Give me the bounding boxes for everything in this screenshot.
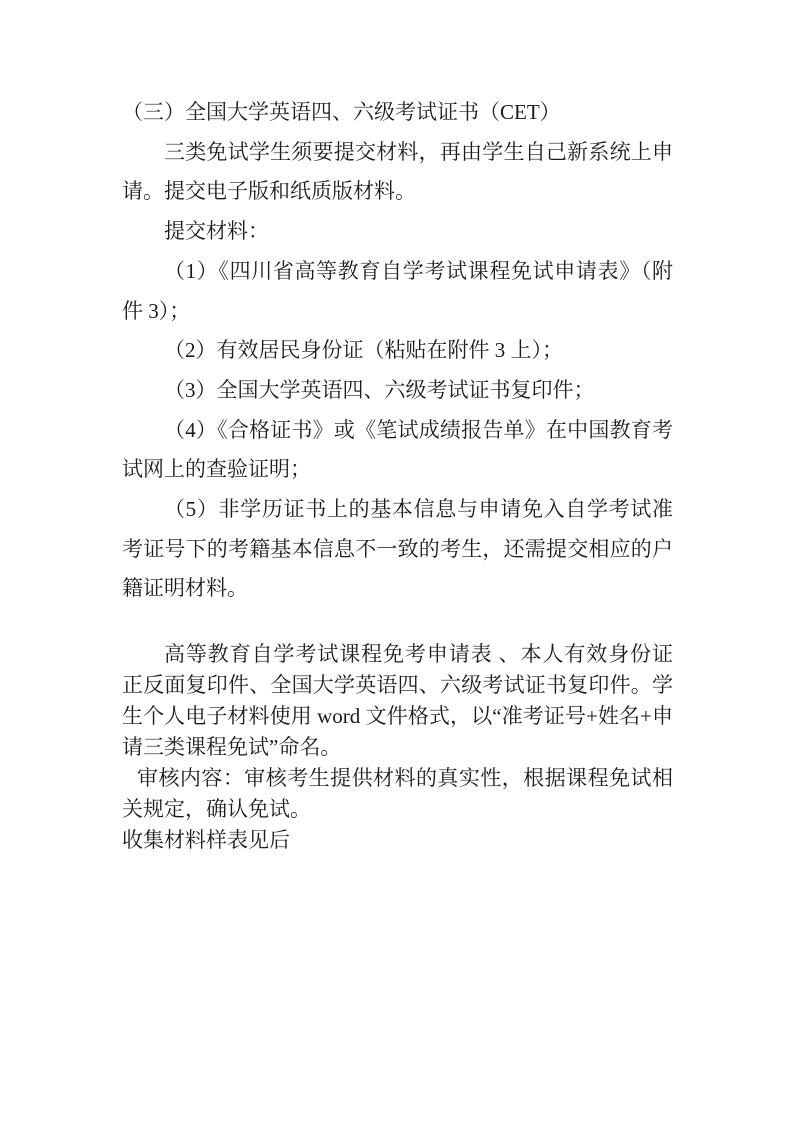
section-heading: （三）全国大学英语四、六级考试证书（CET） <box>122 93 673 133</box>
intro-paragraph: 三类免试学生须要提交材料，再由学生自己新系统上申请。提交电子版和纸质版材料。 <box>122 133 673 212</box>
material-item-1: （1）《四川省高等教育自学考试课程免试申请表》（附件 3）； <box>122 252 673 331</box>
closing-note-paragraph: 收集材料样表见后 <box>122 825 673 856</box>
document-content: （三）全国大学英语四、六级考试证书（CET） 三类免试学生须要提交材料，再由学生… <box>122 93 673 856</box>
material-item-2: （2）有效居民身份证（粘贴在附件 3 上）； <box>122 331 673 371</box>
material-item-5: （5）非学历证书上的基本信息与申请免入自学考试准考证号下的考籍基本信息不一致的考… <box>122 490 673 609</box>
material-item-3: （3）全国大学英语四、六级考试证书复印件； <box>122 371 673 411</box>
document-page: （三）全国大学英语四、六级考试证书（CET） 三类免试学生须要提交材料，再由学生… <box>0 0 793 1122</box>
review-note-paragraph: 审核内容：审核考生提供材料的真实性，根据课程免试相关规定，确认免试。 <box>122 763 673 825</box>
materials-note-paragraph: 高等教育自学考试课程免考申请表 、本人有效身份证正反面复印件、全国大学英语四、六… <box>122 639 673 763</box>
material-item-4: （4）《合格证书》或《笔试成绩报告单》在中国教育考试网上的查验证明； <box>122 411 673 490</box>
submit-materials-label: 提交材料： <box>122 212 673 252</box>
section-cet: （三）全国大学英语四、六级考试证书（CET） 三类免试学生须要提交材料，再由学生… <box>122 93 673 609</box>
notes-section: 高等教育自学考试课程免考申请表 、本人有效身份证正反面复印件、全国大学英语四、六… <box>122 639 673 856</box>
